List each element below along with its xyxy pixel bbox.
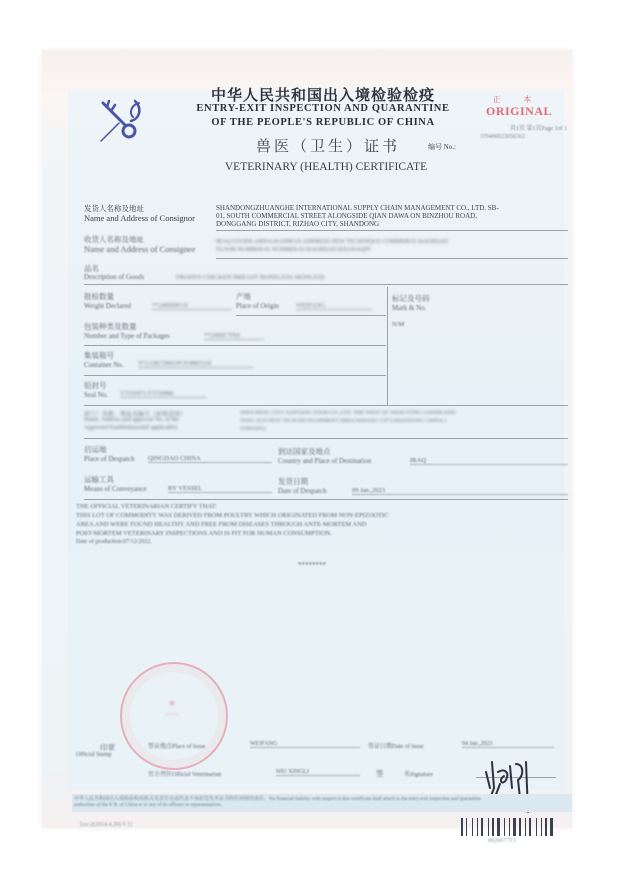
veterinarian-label: 官方兽医Official Veterinarian (148, 769, 221, 778)
container-value: TCLU8672806/PCIU8805318 (138, 361, 254, 368)
consignee-label: Name and Address of Consignee (84, 244, 195, 254)
certificate-title-cn: 兽医（卫生）证书 (256, 135, 400, 156)
production-date: Date of production:07/12/2022. (76, 539, 152, 545)
certification-line: AREA AND WERE FOUND HEALTHY AND FREE FRO… (76, 521, 367, 528)
destination-value: IRAQ (410, 457, 568, 465)
weight-value: **24000KGS (152, 302, 232, 310)
packages-value: **2400CTNS (204, 332, 264, 340)
seal-label-cn: 铅封号 (84, 380, 107, 391)
form-number: [xx-2(2014.4.20)＊1] (80, 819, 132, 828)
footnote-line: authorities of the P. R. of China or to … (74, 803, 569, 809)
origin-label-cn: 产地 (236, 291, 251, 302)
dispatch-date-label: Date of Despatch (278, 487, 327, 495)
certification-intro: THE OFFICIAL VETERINARIAN CERTIFY THAT: (76, 503, 217, 510)
issue-date-value: 04 Jan.,2023 (462, 741, 554, 748)
barcode (461, 818, 567, 836)
origin-label: Place of Origin (236, 302, 279, 310)
signature-label: 名Signature (404, 769, 433, 778)
dispatch-place-label: Place of Despatch (84, 455, 135, 463)
packages-label: Number and Type of Packages (84, 332, 170, 340)
consignor-value-line2: 01, SOUTH COMMERCIAL STREET ALONGSIDE QI… (216, 212, 477, 220)
official-stamp-seal: ★◦◦◦◦ (120, 662, 228, 770)
original-mark: ORIGINAL (476, 104, 562, 119)
origin-value: WEIFANG (296, 302, 372, 310)
certificate-number-label: 编号 No.: (428, 142, 456, 152)
barcode-number: 8026677T3 (488, 838, 516, 844)
liability-footnote: 中华人民共和国出入境检验检疫机关及其官员或代表不承担签发本证书的任何财经责任。N… (74, 797, 569, 809)
column-divider (387, 287, 388, 405)
establishment-value-line1: ZHUCHENG CITY XANTANG FOOD CO.,LTD. THE … (240, 410, 455, 416)
issue-place-label: 签证地点Place of Issue (148, 741, 205, 750)
dispatch-date-label-cn: 发货日期 (278, 476, 308, 487)
establishment-value-line2: TENG SUN NEW TECH DEVELOPMENT AREA WAFAN… (240, 418, 447, 424)
certification-terminator: ******** (298, 561, 326, 569)
signature-label-cn: 签 (376, 768, 384, 779)
issue-date-label: 签证日期Date of Issue (368, 741, 424, 750)
page-info: 共1页 第1页Page 1of 1 (510, 123, 567, 132)
consignor-value-line1: SHANDONGZHUANGHE INTERNATIONAL SUPPLY CH… (216, 204, 499, 212)
weight-label: Weight Declared (84, 302, 131, 310)
consignee-value-line1: IRAQ GOODS ABDALRAHMAN ADDRESS NEW TECHN… (216, 239, 448, 245)
certificate-title: VETERINARY (HEALTH) CERTIFICATE (0, 161, 632, 173)
description-label: Description of Goods (84, 273, 144, 281)
certification-line: POST-MORTEM VETERINARY INSPECTIONS AND I… (76, 530, 332, 537)
container-label: Container No. (84, 361, 124, 369)
divider (216, 258, 568, 259)
weight-label-cn: 报检数量 (84, 291, 114, 302)
divider (84, 375, 386, 376)
establishment-value-line3: 3700/02052 (240, 426, 266, 432)
consignor-label: Name and Address of Consignor (84, 213, 195, 223)
dispatch-place-label-cn: 启运地 (84, 444, 107, 455)
divider (84, 405, 568, 406)
conveyance-label: Means of Conveyance (84, 485, 147, 493)
issue-place-value: WEIFANG (250, 741, 360, 748)
stamp-label: Official Stamp (76, 752, 111, 758)
conveyance-value: BY VESSEL (168, 485, 272, 493)
certificate-number: 370400023050362 (480, 134, 525, 140)
conveyance-label-cn: 运输工具 (84, 474, 114, 485)
seal-label: Seal No. (84, 391, 108, 399)
establishment-label-line1: Name, Address and approval No. of the (84, 417, 179, 423)
description-value: FROZEN CHICKEN BREAST BONELESS SKINLESS (176, 274, 325, 281)
seal-value: YT550471/YT550880 (120, 391, 206, 398)
packages-label-cn: 包装种类及数量 (84, 321, 137, 332)
certification-line: THIS LOT OF COMMODITY WAS DERIVED FROM P… (76, 512, 389, 519)
divider (216, 230, 568, 231)
divider (84, 499, 568, 500)
mark-label-cn: 标记及号码 (392, 293, 430, 304)
mark-value: N/M (392, 321, 404, 328)
divider (84, 438, 568, 439)
dispatch-date-value: 09 Jan.,2023 (352, 487, 568, 495)
consignor-value-line3: DONGGANG DISTRICT, RIZHAO CITY, SHANDONG (216, 220, 379, 228)
mark-label: Mark & No. (392, 304, 426, 312)
veterinarian-name: NIU XINGLI (276, 769, 360, 776)
divider (84, 345, 386, 346)
destination-label: Country and Place of Destination (278, 457, 371, 465)
container-label-cn: 集装箱号 (84, 350, 114, 361)
divider (236, 315, 386, 316)
divider (84, 284, 568, 285)
consignee-value-line2: FLOOR NUMBER 01 NUMBER 03 BAGHDAD KHANAQ… (216, 247, 370, 253)
destination-label-cn: 到达国家及地点 (278, 446, 331, 457)
establishment-label-line2: Approved Establishment(if applicable) (84, 425, 177, 431)
dispatch-place-value: QINGDAO CHINA (148, 455, 272, 463)
